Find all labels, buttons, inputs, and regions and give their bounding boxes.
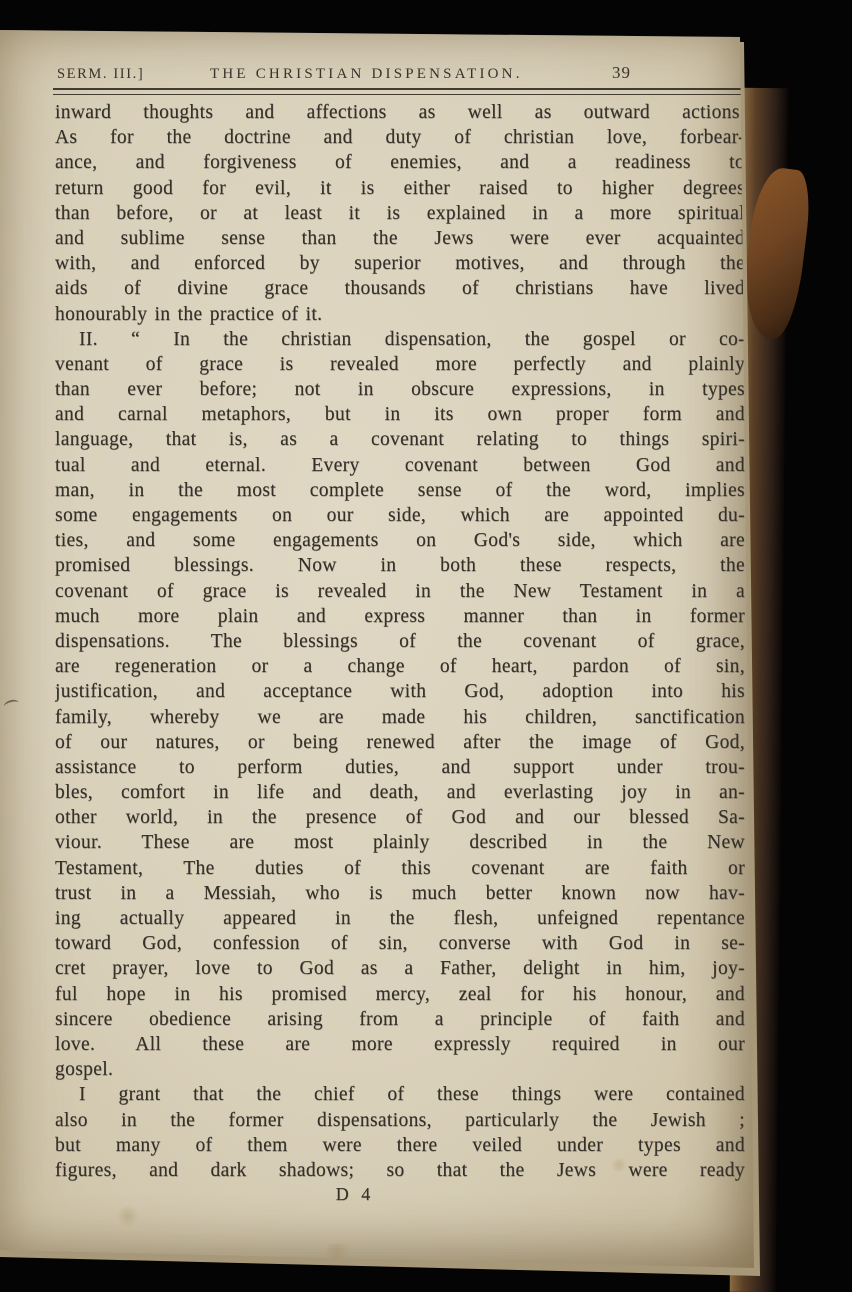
text-line: than before, or at least it is explained… — [55, 201, 745, 226]
text-line: some engagements on our side, which are … — [55, 503, 745, 528]
text-line: justification, and acceptance with God, … — [55, 679, 745, 704]
text-line: Testament, The duties of this covenant a… — [55, 856, 745, 881]
text-line: than ever before; not in obscure express… — [55, 377, 745, 402]
text-line: of our natures, or being renewed after t… — [55, 730, 745, 755]
text-line: viour. These are most plainly described … — [55, 830, 745, 855]
text-line: and sublime sense than the Jews were eve… — [55, 226, 745, 251]
signature-mark: D 4 — [55, 1184, 655, 1205]
text-line: toward God, confession of sin, converse … — [55, 931, 745, 956]
text-line: covenant of grace is revealed in the New… — [55, 579, 745, 604]
text-line: love. All these are more expressly requi… — [55, 1032, 745, 1057]
text-block: inward thoughts and affections as well a… — [55, 100, 745, 1183]
text-line: trust in a Messiah, who is much better k… — [55, 881, 745, 906]
text-line: and carnal metaphors, but in its own pro… — [55, 402, 745, 427]
text-line: tual and eternal. Every covenant between… — [55, 453, 745, 478]
text-line: cret prayer, love to God as a Father, de… — [55, 956, 745, 981]
book-page-scan: SERM. III.] THE CHRISTIAN DISPENSATION. … — [0, 28, 762, 1268]
text-line: promised blessings. Now in both these re… — [55, 553, 745, 578]
text-line: ties, and some engagements on God's side… — [55, 528, 745, 553]
text-line: ing actually appeared in the flesh, unfe… — [55, 906, 745, 931]
page-number: 39 — [612, 63, 631, 83]
text-line: II. “ In the christian dispensation, the… — [55, 327, 745, 352]
text-line: gospel. — [55, 1057, 745, 1082]
text-line: figures, and dark shadows; so that the J… — [55, 1158, 745, 1183]
text-line: assistance to perform duties, and suppor… — [55, 755, 745, 780]
text-line: also in the former dispensations, partic… — [55, 1108, 745, 1133]
text-line: ance, and forgiveness of enemies, and a … — [55, 150, 745, 175]
text-line: man, in the most complete sense of the w… — [55, 478, 745, 503]
text-line: bles, comfort in life and death, and eve… — [55, 780, 745, 805]
margin-pen-mark — [3, 698, 20, 710]
text-line: venant of grace is revealed more perfect… — [55, 352, 745, 377]
text-line: return good for evil, it is either raise… — [55, 176, 745, 201]
text-line: language, that is, as a covenant relatin… — [55, 427, 745, 452]
text-line: ful hope in his promised mercy, zeal for… — [55, 982, 745, 1007]
header-double-rule — [53, 88, 747, 95]
text-line: family, whereby we are made his children… — [55, 705, 745, 730]
text-line: I grant that the chief of these things w… — [55, 1082, 745, 1107]
text-line: much more plain and express manner than … — [55, 604, 745, 629]
foxing-stain — [115, 1206, 141, 1226]
foxing-stain — [320, 1243, 354, 1259]
running-header-title: THE CHRISTIAN DISPENSATION. — [210, 66, 523, 83]
text-line: inward thoughts and affections as well a… — [55, 100, 745, 125]
text-line: other world, in the presence of God and … — [55, 805, 745, 830]
text-line: are regeneration or a change of heart, p… — [55, 654, 745, 679]
text-line: honourably in the practice of it. — [55, 302, 745, 327]
text-line: As for the doctrine and duty of christia… — [55, 125, 745, 150]
text-line: dispensations. The blessings of the cove… — [55, 629, 745, 654]
text-line: sincere obedience arising from a princip… — [55, 1007, 745, 1032]
text-line: but many of them were there veiled under… — [55, 1133, 745, 1158]
text-line: aids of divine grace thousands of christ… — [55, 276, 745, 301]
running-header-sermon-label: SERM. III.] — [57, 66, 144, 83]
text-line: with, and enforced by superior motives, … — [55, 251, 745, 276]
